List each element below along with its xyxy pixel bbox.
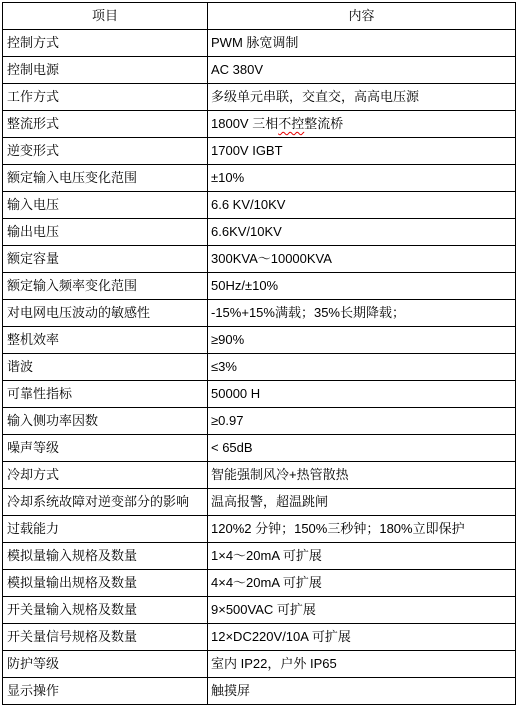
item-cell: 输出电压 <box>3 219 208 246</box>
content-cell: 9×500VAC 可扩展 <box>208 597 516 624</box>
table-row: 开关量输入规格及数量 9×500VAC 可扩展 <box>3 597 516 624</box>
item-cell: 模拟量输入规格及数量 <box>3 543 208 570</box>
content-cell: ≤3% <box>208 354 516 381</box>
table-row: 模拟量输出规格及数量 4×4～20mA 可扩展 <box>3 570 516 597</box>
header-row: 项目 内容 <box>3 3 516 30</box>
spec-sheet-page: 项目 内容 控制方式 PWM 脉宽调制 控制电源 AC 380V 工作方式 多级… <box>0 0 525 708</box>
item-cell: 逆变形式 <box>3 138 208 165</box>
item-cell: 显示操作 <box>3 678 208 705</box>
content-cell: 12×DC220V/10A 可扩展 <box>208 624 516 651</box>
content-cell: 300KVA～10000KVA <box>208 246 516 273</box>
table-row: 过载能力 120%2 分钟；150%三秒钟；180%立即保护 <box>3 516 516 543</box>
item-cell: 额定输入电压变化范围 <box>3 165 208 192</box>
item-cell: 输入电压 <box>3 192 208 219</box>
content-cell: < 65dB <box>208 435 516 462</box>
item-cell: 开关量输入规格及数量 <box>3 597 208 624</box>
content-cell: 1700V IGBT <box>208 138 516 165</box>
item-cell: 噪声等级 <box>3 435 208 462</box>
table-row: 额定容量 300KVA～10000KVA <box>3 246 516 273</box>
table-row: 额定输入电压变化范围 ±10% <box>3 165 516 192</box>
table-row: 工作方式 多级单元串联，交直交，高高电压源 <box>3 84 516 111</box>
content-cell: 触摸屏 <box>208 678 516 705</box>
content-cell: 4×4～20mA 可扩展 <box>208 570 516 597</box>
item-cell: 控制电源 <box>3 57 208 84</box>
table-row: 冷却系统故障对逆变部分的影响 温高报警，超温跳闸 <box>3 489 516 516</box>
table-row: 输入侧功率因数 ≥0.97 <box>3 408 516 435</box>
content-cell: 温高报警，超温跳闸 <box>208 489 516 516</box>
table-row: 输出电压 6.6KV/10KV <box>3 219 516 246</box>
item-cell: 输入侧功率因数 <box>3 408 208 435</box>
item-cell: 冷却系统故障对逆变部分的影响 <box>3 489 208 516</box>
content-cell: 室内 IP22，户外 IP65 <box>208 651 516 678</box>
item-cell: 可靠性指标 <box>3 381 208 408</box>
item-cell: 额定输入频率变化范围 <box>3 273 208 300</box>
item-cell: 模拟量输出规格及数量 <box>3 570 208 597</box>
item-cell: 冷却方式 <box>3 462 208 489</box>
table-row: 对电网电压波动的敏感性 -15%+15%满载；35%长期降载； <box>3 300 516 327</box>
content-cell: 1×4～20mA 可扩展 <box>208 543 516 570</box>
table-row: 冷却方式 智能强制风冷+热管散热 <box>3 462 516 489</box>
content-cell: 1800V 三相不控整流桥 <box>208 111 516 138</box>
item-cell: 对电网电压波动的敏感性 <box>3 300 208 327</box>
content-cell: 智能强制风冷+热管散热 <box>208 462 516 489</box>
content-cell: ≥0.97 <box>208 408 516 435</box>
item-cell: 额定容量 <box>3 246 208 273</box>
spellcheck-underline: 不控 <box>278 116 304 131</box>
header-cell-content: 内容 <box>208 3 516 30</box>
table-row: 模拟量输入规格及数量 1×4～20mA 可扩展 <box>3 543 516 570</box>
table-row: 显示操作 触摸屏 <box>3 678 516 705</box>
content-cell: 50Hz/±10% <box>208 273 516 300</box>
content-cell: 120%2 分钟；150%三秒钟；180%立即保护 <box>208 516 516 543</box>
content-cell: 6.6KV/10KV <box>208 219 516 246</box>
table-row: 防护等级 室内 IP22，户外 IP65 <box>3 651 516 678</box>
spec-table-body: 控制方式 PWM 脉宽调制 控制电源 AC 380V 工作方式 多级单元串联，交… <box>3 30 516 705</box>
item-cell: 控制方式 <box>3 30 208 57</box>
table-row: 谐波 ≤3% <box>3 354 516 381</box>
item-cell: 工作方式 <box>3 84 208 111</box>
content-cell: ±10% <box>208 165 516 192</box>
content-cell: 多级单元串联，交直交，高高电压源 <box>208 84 516 111</box>
item-cell: 谐波 <box>3 354 208 381</box>
content-cell: AC 380V <box>208 57 516 84</box>
content-cell: 50000 H <box>208 381 516 408</box>
header-cell-item: 项目 <box>3 3 208 30</box>
item-cell: 防护等级 <box>3 651 208 678</box>
item-cell: 整机效率 <box>3 327 208 354</box>
content-cell: -15%+15%满载；35%长期降载； <box>208 300 516 327</box>
table-row: 可靠性指标 50000 H <box>3 381 516 408</box>
table-row: 控制电源 AC 380V <box>3 57 516 84</box>
table-row: 输入电压 6.6 KV/10KV <box>3 192 516 219</box>
spec-table: 项目 内容 控制方式 PWM 脉宽调制 控制电源 AC 380V 工作方式 多级… <box>2 2 516 705</box>
table-row: 控制方式 PWM 脉宽调制 <box>3 30 516 57</box>
content-cell: ≥90% <box>208 327 516 354</box>
table-row: 逆变形式 1700V IGBT <box>3 138 516 165</box>
table-row: 开关量信号规格及数量 12×DC220V/10A 可扩展 <box>3 624 516 651</box>
table-row: 整流形式 1800V 三相不控整流桥 <box>3 111 516 138</box>
item-cell: 开关量信号规格及数量 <box>3 624 208 651</box>
table-row: 噪声等级 < 65dB <box>3 435 516 462</box>
item-cell: 过载能力 <box>3 516 208 543</box>
table-row: 整机效率 ≥90% <box>3 327 516 354</box>
content-cell: 6.6 KV/10KV <box>208 192 516 219</box>
item-cell: 整流形式 <box>3 111 208 138</box>
content-cell: PWM 脉宽调制 <box>208 30 516 57</box>
table-row: 额定输入频率变化范围 50Hz/±10% <box>3 273 516 300</box>
